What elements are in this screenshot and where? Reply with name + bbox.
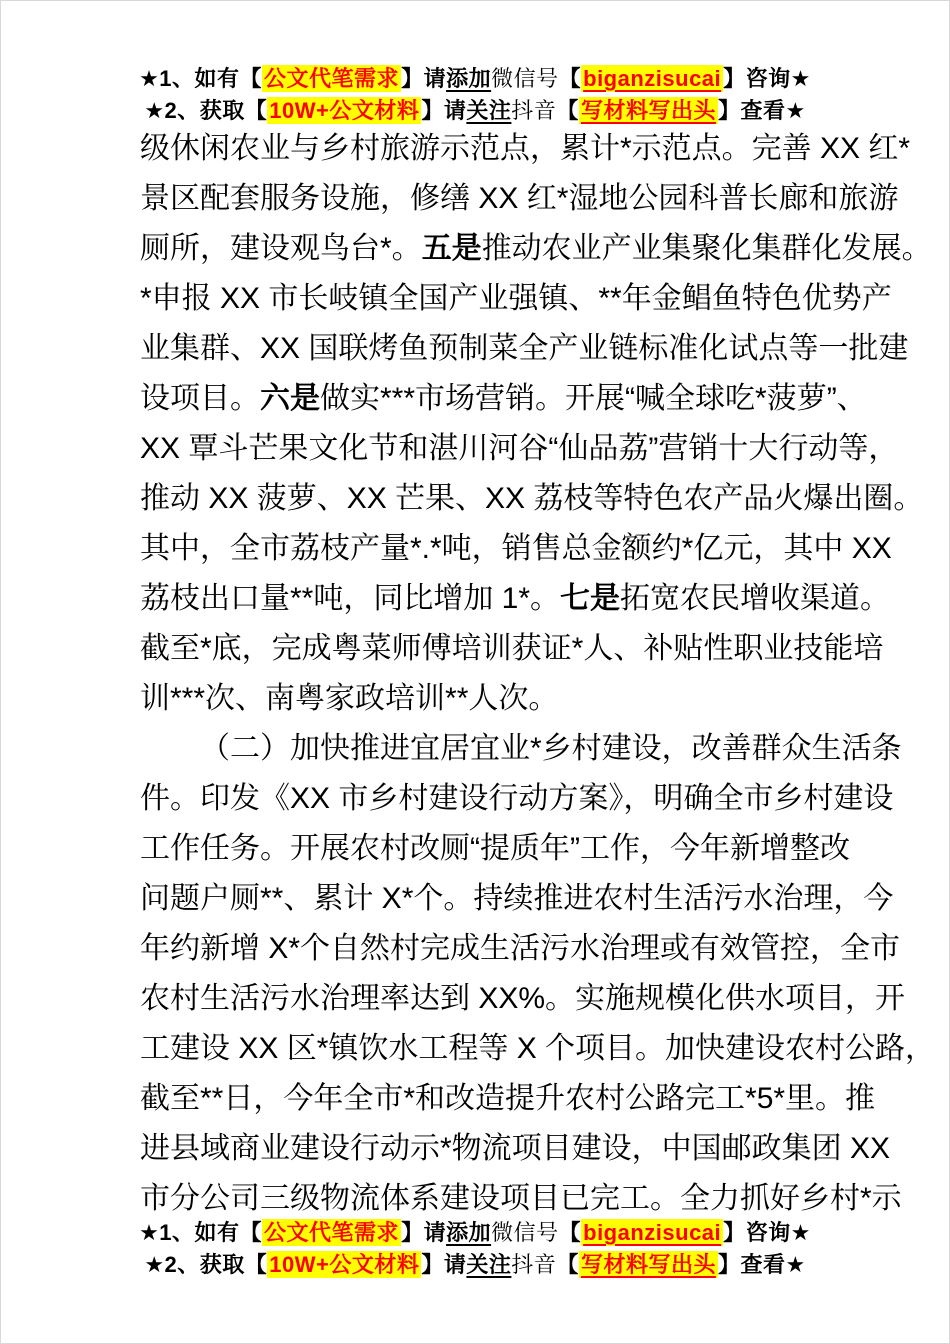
banner-text: ★1、如有【 bbox=[139, 1220, 262, 1245]
body-text: 年约新增 X*个自然村完成生活污水治理或有效管控，全市 bbox=[140, 932, 900, 965]
highlighted-promo-text: 公文代笔需求 bbox=[262, 65, 401, 92]
banner-text: 微信号 bbox=[491, 66, 559, 91]
banner-text: ★1、如有【 bbox=[139, 66, 262, 91]
banner-line: ★2、获取【10W+公文材料】请关注抖音【写材料写出头】查看★ bbox=[1, 1249, 949, 1281]
body-text: 推动农业产业集聚化集群化发展。 bbox=[482, 232, 932, 265]
banner-text: 】查看★ bbox=[718, 98, 806, 123]
banner-line: ★1、如有【公文代笔需求】请添加微信号【biganzisucai】咨询★ bbox=[1, 63, 949, 95]
body-line: 件。印发《XX 市乡村建设行动方案》，明确全市乡村建设 bbox=[140, 774, 818, 824]
document-body: 级休闲农业与乡村旅游示范点，累计*示范点。完善 XX 红*景区配套服务设施，修缮… bbox=[140, 124, 818, 1224]
highlighted-promo-text: 写材料写出头 bbox=[579, 1251, 718, 1278]
header-promo-banner: ★1、如有【公文代笔需求】请添加微信号【biganzisucai】咨询★★2、获… bbox=[1, 63, 949, 127]
body-text: 训***次、南粤家政培训**人次。 bbox=[140, 682, 558, 715]
body-line: 进县域商业建设行动示*物流项目建设，中国邮政集团 XX bbox=[140, 1124, 818, 1174]
highlighted-promo-text: 写材料写出头 bbox=[579, 97, 718, 124]
body-line: 厕所，建设观鸟台*。五是推动农业产业集聚化集群化发展。 bbox=[140, 224, 818, 274]
document-page: ★1、如有【公文代笔需求】请添加微信号【biganzisucai】咨询★★2、获… bbox=[0, 0, 950, 1344]
body-text: 其中，全市荔枝产量*.*吨，销售总金额约*亿元，其中 XX bbox=[140, 532, 892, 565]
banner-text: 添加 bbox=[446, 66, 491, 91]
banner-text: 】请 bbox=[401, 1220, 446, 1245]
body-line: 截至**日，今年全市*和改造提升农村公路完工*5*里。推 bbox=[140, 1074, 818, 1124]
highlighted-promo-text: biganzisucai bbox=[581, 65, 723, 92]
body-text: 业集群、XX 国联烤鱼预制菜全产业链标准化试点等一批建 bbox=[140, 332, 908, 365]
banner-text: 添加 bbox=[446, 1220, 491, 1245]
body-text: 级休闲农业与乡村旅游示范点，累计*示范点。完善 XX 红* bbox=[140, 132, 910, 165]
body-text: 截至**日，今年全市*和改造提升农村公路完工*5*里。推 bbox=[140, 1082, 875, 1115]
body-line: *申报 XX 市长岐镇全国产业强镇、**年金鲳鱼特色优势产 bbox=[140, 274, 818, 324]
banner-text: 抖音 bbox=[511, 98, 556, 123]
banner-text: 微信号 bbox=[491, 1220, 559, 1245]
body-line: 其中，全市荔枝产量*.*吨，销售总金额约*亿元，其中 XX bbox=[140, 524, 818, 574]
body-line: 训***次、南粤家政培训**人次。 bbox=[140, 674, 818, 724]
body-line: 工作任务。开展农村改厕“提质年”工作，今年新增整改 bbox=[140, 824, 818, 874]
body-text: 厕所，建设观鸟台*。 bbox=[140, 232, 422, 265]
body-text: 进县域商业建设行动示*物流项目建设，中国邮政集团 XX bbox=[140, 1132, 890, 1165]
body-text: （二）加快推进宜居宜业*乡村建设，改善群众生活条 bbox=[200, 732, 902, 765]
body-text: 市分公司三级物流体系建设项目已完工。全力抓好乡村*示 bbox=[140, 1182, 902, 1215]
highlighted-promo-text: 10W+公文材料 bbox=[267, 97, 421, 124]
banner-text: ★2、获取【 bbox=[144, 1252, 267, 1277]
banner-text: 【 bbox=[559, 66, 582, 91]
banner-text: 关注 bbox=[466, 1252, 511, 1277]
body-text: 设项目。 bbox=[140, 382, 260, 415]
body-text: 拓宽农民增收渠道。 bbox=[620, 582, 890, 615]
banner-text: 【 bbox=[559, 1220, 582, 1245]
body-text: 截至*底，完成粤菜师傅培训获证*人、补贴性职业技能培 bbox=[140, 632, 883, 665]
body-text: XX 覃斗芒果文化节和湛川河谷“仙品荔”营销十大行动等， bbox=[140, 432, 898, 465]
body-line: 荔枝出口量**吨，同比增加 1*。七是拓宽农民增收渠道。 bbox=[140, 574, 818, 624]
body-line: 推动 XX 菠萝、XX 芒果、XX 荔枝等特色农产品火爆出圈。 bbox=[140, 474, 818, 524]
banner-text: 】咨询★ bbox=[723, 66, 811, 91]
body-line: 截至*底，完成粤菜师傅培训获证*人、补贴性职业技能培 bbox=[140, 624, 818, 674]
body-text: 推动 XX 菠萝、XX 芒果、XX 荔枝等特色农产品火爆出圈。 bbox=[140, 482, 923, 515]
banner-text: 【 bbox=[556, 1252, 579, 1277]
banner-text: 【 bbox=[556, 98, 579, 123]
body-line: XX 覃斗芒果文化节和湛川河谷“仙品荔”营销十大行动等， bbox=[140, 424, 818, 474]
body-text: 景区配套服务设施，修缮 XX 红*湿地公园科普长廊和旅游 bbox=[140, 182, 898, 215]
banner-text: 】请 bbox=[401, 66, 446, 91]
highlighted-promo-text: 10W+公文材料 bbox=[267, 1251, 421, 1278]
banner-text: 抖音 bbox=[511, 1252, 556, 1277]
banner-line: ★2、获取【10W+公文材料】请关注抖音【写材料写出头】查看★ bbox=[1, 95, 949, 127]
body-line: 工建设 XX 区*镇饮水工程等 X 个项目。加快建设农村公路， bbox=[140, 1024, 818, 1074]
body-line: 年约新增 X*个自然村完成生活污水治理或有效管控，全市 bbox=[140, 924, 818, 974]
banner-text: 】请 bbox=[421, 1252, 466, 1277]
body-text: 工建设 XX 区*镇饮水工程等 X 个项目。加快建设农村公路， bbox=[140, 1032, 935, 1065]
body-text: 件。印发《XX 市乡村建设行动方案》，明确全市乡村建设 bbox=[140, 782, 893, 815]
banner-text: 】查看★ bbox=[718, 1252, 806, 1277]
banner-line: ★1、如有【公文代笔需求】请添加微信号【biganzisucai】咨询★ bbox=[1, 1217, 949, 1249]
body-text: 问题户厕**、累计 X*个。持续推进农村生活污水治理，今 bbox=[140, 882, 893, 915]
body-line: （二）加快推进宜居宜业*乡村建设，改善群众生活条 bbox=[140, 724, 818, 774]
banner-text: 】咨询★ bbox=[723, 1220, 811, 1245]
body-line: 问题户厕**、累计 X*个。持续推进农村生活污水治理，今 bbox=[140, 874, 818, 924]
bold-emphasis-text: 六是 bbox=[260, 382, 320, 415]
body-line: 设项目。六是做实***市场营销。开展“喊全球吃*菠萝”、 bbox=[140, 374, 818, 424]
highlighted-promo-text: biganzisucai bbox=[581, 1219, 723, 1246]
body-text: 荔枝出口量**吨，同比增加 1*。 bbox=[140, 582, 560, 615]
body-line: 业集群、XX 国联烤鱼预制菜全产业链标准化试点等一批建 bbox=[140, 324, 818, 374]
body-line: 级休闲农业与乡村旅游示范点，累计*示范点。完善 XX 红* bbox=[140, 124, 818, 174]
bold-emphasis-text: 五是 bbox=[422, 232, 482, 265]
body-text: 工作任务。开展农村改厕“提质年”工作，今年新增整改 bbox=[140, 832, 850, 865]
body-text: 农村生活污水治理率达到 XX%。实施规模化供水项目，开 bbox=[140, 982, 905, 1015]
banner-text: ★2、获取【 bbox=[144, 98, 267, 123]
body-line: 农村生活污水治理率达到 XX%。实施规模化供水项目，开 bbox=[140, 974, 818, 1024]
banner-text: 】请 bbox=[421, 98, 466, 123]
footer-promo-banner: ★1、如有【公文代笔需求】请添加微信号【biganzisucai】咨询★★2、获… bbox=[1, 1217, 949, 1281]
body-text: *申报 XX 市长岐镇全国产业强镇、**年金鲳鱼特色优势产 bbox=[140, 282, 892, 315]
body-text: 做实***市场营销。开展“喊全球吃*菠萝”、 bbox=[320, 382, 867, 415]
banner-text: 关注 bbox=[466, 98, 511, 123]
bold-emphasis-text: 七是 bbox=[560, 582, 620, 615]
highlighted-promo-text: 公文代笔需求 bbox=[262, 1219, 401, 1246]
body-line: 景区配套服务设施，修缮 XX 红*湿地公园科普长廊和旅游 bbox=[140, 174, 818, 224]
